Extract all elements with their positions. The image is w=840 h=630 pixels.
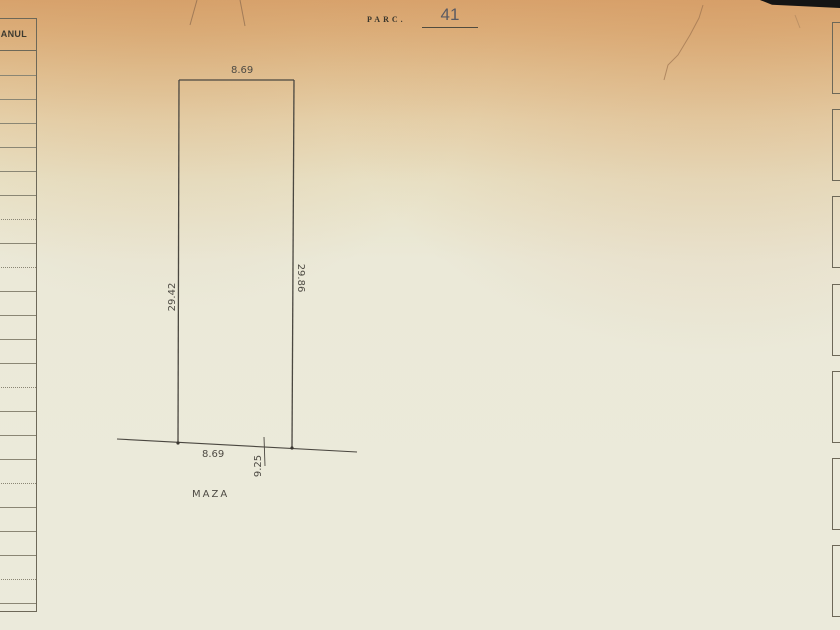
offset-dimension: 9.25 xyxy=(253,455,264,477)
left-dimension: 29.42 xyxy=(167,283,178,312)
top-dimension: 8.69 xyxy=(231,65,253,76)
parcel-right-edge xyxy=(292,80,294,448)
right-dimension: 29.86 xyxy=(295,264,306,293)
parcel-plan-drawing: 8.69 29.42 29.86 8.69 9.25 MAZA xyxy=(0,0,840,630)
bottom-dimension: 8.69 xyxy=(202,449,224,460)
parcel-left-edge xyxy=(178,80,179,443)
offset-tick xyxy=(264,437,265,466)
street-name: MAZA xyxy=(192,489,229,500)
street-line xyxy=(117,439,357,452)
